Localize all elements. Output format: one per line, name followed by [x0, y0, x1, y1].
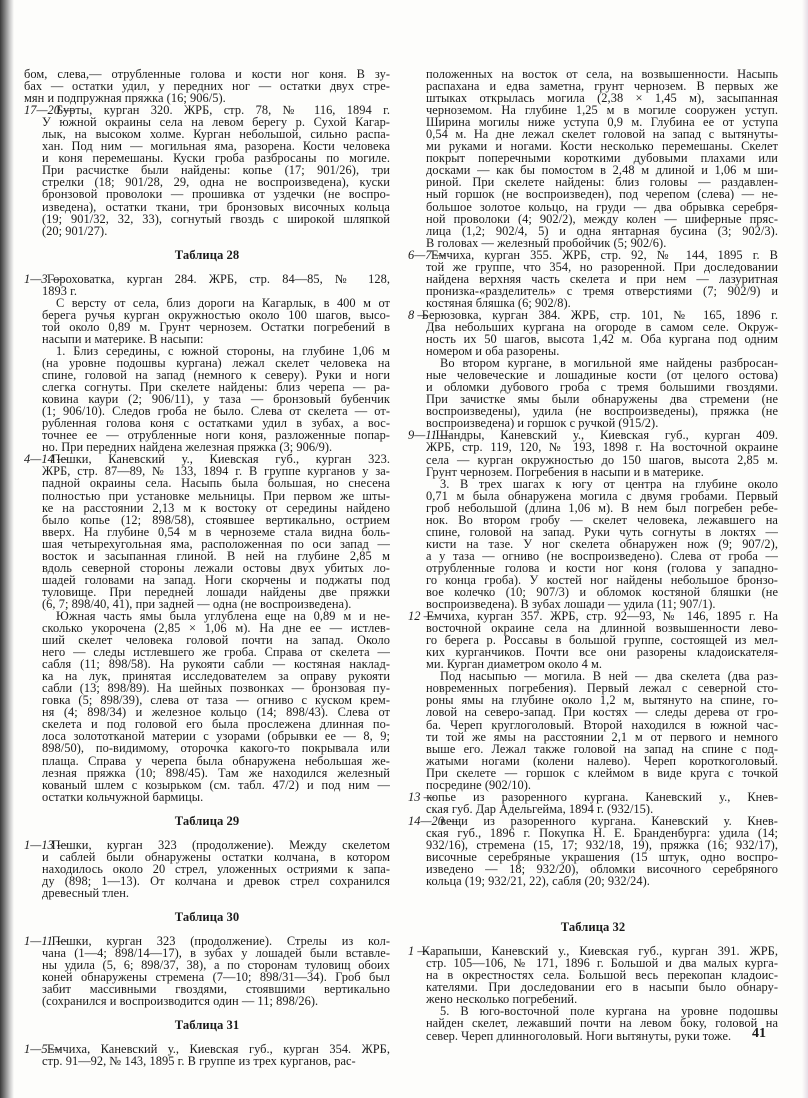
entry-figure-numbers: 14—20 — [408, 815, 458, 827]
text-line: большое золотое кольцо, на груди — два о… [408, 201, 778, 213]
paragraph: 1. Близ середины, с южной стороны, на гл… [24, 345, 390, 453]
entry-figure-numbers: 8 — [408, 309, 428, 321]
text-line: лезная пряжка (10; 898/45). Там же наход… [24, 767, 390, 779]
text-line: При скелете — горшок с клеймом в виде кр… [408, 767, 778, 779]
text-line: и саблей были обнаружены остатки колчана… [42, 851, 390, 863]
entry-figure-numbers: 13 — [408, 791, 435, 803]
text-line: С версту от села, близ дороги на Кагарлы… [24, 297, 390, 309]
paragraph: положенных на восток от села, на возвыше… [408, 68, 778, 249]
paragraph: Южная часть ямы была углублена еще на 0,… [24, 610, 390, 803]
entry-figure-numbers: 9—11 — [408, 429, 451, 441]
left-text-column: бом, слева,— отрубленные голова и кости … [24, 68, 390, 1067]
catalog-entry: 1—3 —Гороховатка, курган 284. ЖРБ, стр. … [24, 273, 390, 297]
entry-figure-numbers: 1—13 — [24, 839, 68, 851]
table-heading: Таблица 29 [24, 815, 390, 827]
text-line: ти той же ямы на расстоянии 2,1 м от пер… [408, 731, 778, 743]
spacer [408, 887, 778, 921]
right-text-column: положенных на восток от села, на возвыше… [408, 68, 778, 1042]
entry-figure-numbers: 17—20 — [24, 104, 74, 116]
catalog-entry: 13 —копье из разоренного кургана. Каневс… [408, 791, 778, 815]
paragraph: 3. В трех шагах к югу от центра на глуби… [408, 478, 778, 611]
text-line: вверх. На глубине 0,54 м в черноземе ста… [42, 526, 390, 538]
text-line: ный горшок (не воспроизведен), под череп… [408, 188, 778, 200]
paragraph: Под насыпью — могила. В ней — два скелет… [408, 670, 778, 790]
text-line: жатыми ногами (колени налево). Череп кор… [408, 755, 778, 767]
catalog-entry: 14—20 —вещи из разоренного кургана. Кане… [408, 815, 778, 887]
text-line: стр. 91—92, № 143, 1895 г. В группе из т… [42, 1055, 390, 1067]
text-line: ЖРБ, стр. 119, 120, № 193, 1898 г. На во… [426, 441, 778, 453]
text-line: посредине (902/10). [408, 779, 778, 791]
page-number: 41 [752, 1026, 766, 1042]
text-line: Емчиха, курган 355. ЖРБ, стр. 92, № 144,… [408, 249, 778, 261]
text-line: выше его. Лежал также головой на запад н… [408, 743, 778, 755]
text-line: падной окраины села. Насыпь была большая… [42, 477, 390, 489]
text-line: восток и засыпанная глиной. В ней на глу… [42, 550, 390, 562]
text-line: (20; 901/27). [42, 225, 390, 237]
text-line: (19; 901/32, 32, 33), согнутый гвоздь с … [42, 213, 390, 225]
text-line: ми. Курган диаметром около 4 м. [426, 658, 778, 670]
catalog-entry: 8 —Берюзовка, курган 384. ЖРБ, стр. 101,… [408, 309, 778, 357]
text-line: остатки кольчужной бармицы. [24, 791, 390, 803]
text-line: было копье (12; 898/58), стоявшее вертик… [42, 514, 390, 526]
paragraph: 5. В юго-восточной поле кургана на уровн… [408, 1005, 778, 1041]
text-line: кольца (19; 932/21, 22), сабля (20; 932/… [426, 875, 778, 887]
text-line: В головах — железный пробойчик (5; 902/6… [408, 237, 778, 249]
text-line: древесный тлен. [42, 887, 390, 899]
text-line: Гороховатка, курган 284. ЖРБ, стр. 84—85… [24, 273, 390, 285]
table-heading: Таблица 31 [24, 1019, 390, 1031]
text-line: бронзовой проволоки — прошивка от уздечк… [42, 188, 390, 200]
text-line: села — курган окружностью до 150 шагов, … [426, 454, 778, 466]
entry-figure-numbers: 1—11 — [24, 935, 67, 947]
text-line: номером и оба разорены. [426, 345, 778, 357]
entry-figure-numbers: 1—5 — [24, 1043, 62, 1055]
text-line: Грунт чернозем. Погребения в насыпи и в … [426, 466, 778, 478]
text-line: (сохранился и воспроизводится один — 11;… [42, 995, 390, 1007]
text-line: Пешки, курган 323 (продолжение). Между с… [24, 839, 390, 851]
text-line: ловой на северо-запад. При костях — след… [408, 706, 778, 718]
text-line: 0,71 м была обнаружена могила с двумя гр… [408, 490, 778, 502]
table-heading: Таблица 30 [24, 911, 390, 923]
catalog-entry: 4—14 —Пешки, Каневский у., Киевская губ.… [24, 453, 390, 610]
text-line: шая четырехугольная яма, расположенная п… [42, 538, 390, 550]
entry-figure-numbers: 1 — [408, 945, 428, 957]
text-line: ба. Череп круглоголовый. Второй находилс… [408, 719, 778, 731]
spacer [24, 237, 390, 249]
entry-figure-numbers: 1—3 — [24, 273, 62, 285]
text-line: 3. В трех шагах к югу от центра на глуби… [408, 478, 778, 490]
catalog-entry: 1 —Карапыши, Каневский у., Киевская губ.… [408, 945, 778, 1005]
text-line: плаща. Справа у черепа была обнаружена н… [24, 755, 390, 767]
catalog-entry: 1—11 —Пешки, курган 323 (продолжение). С… [24, 935, 390, 1007]
text-line: (6, 7; 898/40, 41), при задней — одна (н… [42, 598, 390, 610]
catalog-entry: 1—5 —Емчиха, Каневский у., Киевская губ.… [24, 1043, 390, 1067]
catalog-entry: 17—20 —Бурты, курган 320. ЖРБ, стр. 78, … [24, 104, 390, 237]
spacer [24, 261, 390, 273]
catalog-entry: 1—13 —Пешки, курган 323 (продолжение). М… [24, 839, 390, 899]
page-edge [802, 0, 808, 1098]
text-line: 898/50), по-видимому, оторочка какого-то… [24, 742, 390, 754]
text-line: изведена), остатки ткани, три бронзовых … [42, 201, 390, 213]
table-heading: Таблица 28 [24, 249, 390, 261]
text-line: кованый шлем с козырьком (см. табл. 47/2… [24, 779, 390, 791]
catalog-entry: 9—11 —Шандры, Каневский у., Киевская губ… [408, 429, 778, 477]
paragraph: С версту от села, близ дороги на Кагарлы… [24, 297, 390, 345]
spacer [24, 827, 390, 839]
text-line: той же группе, что 354, но разоренной. П… [426, 261, 778, 273]
table-heading: Таблица 32 [408, 921, 778, 933]
paragraph: Во втором кургане, в могильной яме найде… [408, 357, 778, 429]
text-line: нок. Во втором гробу — скелет человека, … [408, 514, 778, 526]
text-line: найден скелет, лежавший почти на левом б… [408, 1017, 778, 1029]
text-line: ке на расстоянии 2,13 м к востоку от сер… [42, 502, 390, 514]
entry-figure-numbers: 4—14 — [24, 453, 68, 465]
text-line: ной проволоки (4; 902/2), между колен — … [408, 213, 778, 225]
text-line: 1893 г. [42, 285, 390, 297]
text-line: гроб небольшой (длина 1,06 м). В нем был… [408, 502, 778, 514]
text-line: лица (1,2; 902/4, 5) и одна янтарная бус… [408, 225, 778, 237]
entry-figure-numbers: 6—7 — [408, 249, 446, 261]
entry-figure-numbers: 12 — [408, 610, 435, 622]
spacer [24, 803, 390, 815]
page-binding-shadow [0, 0, 14, 1098]
catalog-entry: 12 —Емчиха, курган 357. ЖРБ, стр. 92—93,… [408, 610, 778, 670]
catalog-entry: 6—7 —Емчиха, курган 355. ЖРБ, стр. 92, №… [408, 249, 778, 309]
text-line: полностью при установке мельницы. При пе… [42, 490, 390, 502]
paragraph: бом, слева,— отрубленные голова и кости … [24, 68, 390, 104]
text-line: север. Череп длинноголовый. Ноги вытянут… [408, 1030, 778, 1042]
text-line: жено несколько погребений. [426, 993, 778, 1005]
